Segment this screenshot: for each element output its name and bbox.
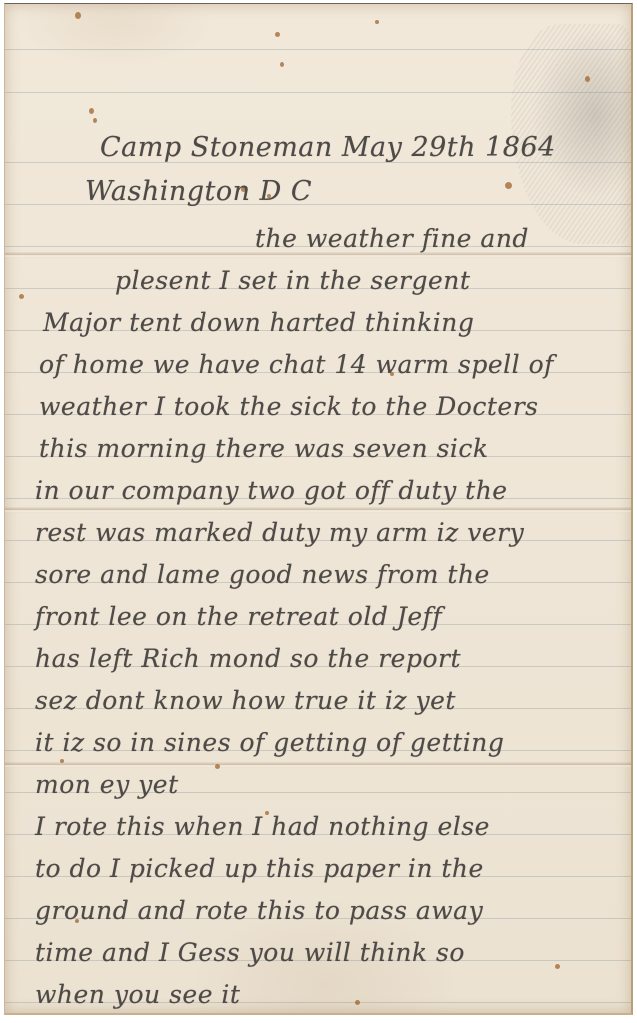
letter-header-city: Washington D C	[85, 178, 312, 205]
fold-crease	[5, 507, 631, 513]
letter-line: ground and rote this to pass away	[35, 898, 483, 923]
letter-line: the weather fine and	[255, 226, 529, 251]
letter-line: mon ey yet	[35, 772, 179, 797]
letter-page: Camp Stoneman May 29th 1864 Washington D…	[4, 3, 633, 1015]
stain-spot	[75, 12, 81, 19]
letter-line: sez dont know how true it iz yet	[35, 688, 456, 713]
letter-line: when you see it	[35, 982, 240, 1007]
stain-spot	[89, 108, 94, 114]
stain-spot	[375, 20, 379, 24]
letter-line: I rote this when I had nothing else	[35, 814, 490, 839]
letter-line: this morning there was seven sick	[39, 436, 489, 461]
letter-line: weather I took the sick to the Docters	[39, 394, 538, 419]
letter-line: rest was marked duty my arm iz very	[35, 520, 524, 545]
letter-line: has left Rich mond so the report	[35, 646, 461, 671]
fold-crease	[5, 762, 631, 768]
stain-spot	[275, 32, 280, 37]
stain-spot	[585, 76, 590, 82]
stain-spot	[60, 759, 64, 763]
letter-line: front lee on the retreat old Jeff	[35, 604, 442, 629]
letter-line: to do I picked up this paper in the	[35, 856, 484, 881]
stain-spot	[215, 764, 220, 769]
letter-header-location: Camp Stoneman May 29th 1864	[100, 134, 556, 161]
stain-spot	[280, 62, 284, 67]
stain-spot	[355, 1000, 360, 1005]
ruled-line	[5, 92, 631, 93]
stain-spot	[19, 294, 24, 299]
letter-line: Major tent down harted thinking	[43, 310, 474, 335]
stain-spot	[505, 182, 512, 189]
stain-spot	[555, 964, 560, 969]
letter-line: of home we have chat 14 warm spell of	[39, 352, 554, 377]
letter-line: it iz so in sines of getting of getting	[35, 730, 504, 755]
stain-spot	[93, 118, 97, 123]
letter-line: plesent I set in the sergent	[115, 268, 470, 293]
ruled-line	[5, 49, 631, 50]
letter-line: sore and lame good news from the	[35, 562, 490, 587]
letter-line: in our company two got off duty the	[35, 478, 508, 503]
letter-line: time and I Gess you will think so	[35, 940, 465, 965]
